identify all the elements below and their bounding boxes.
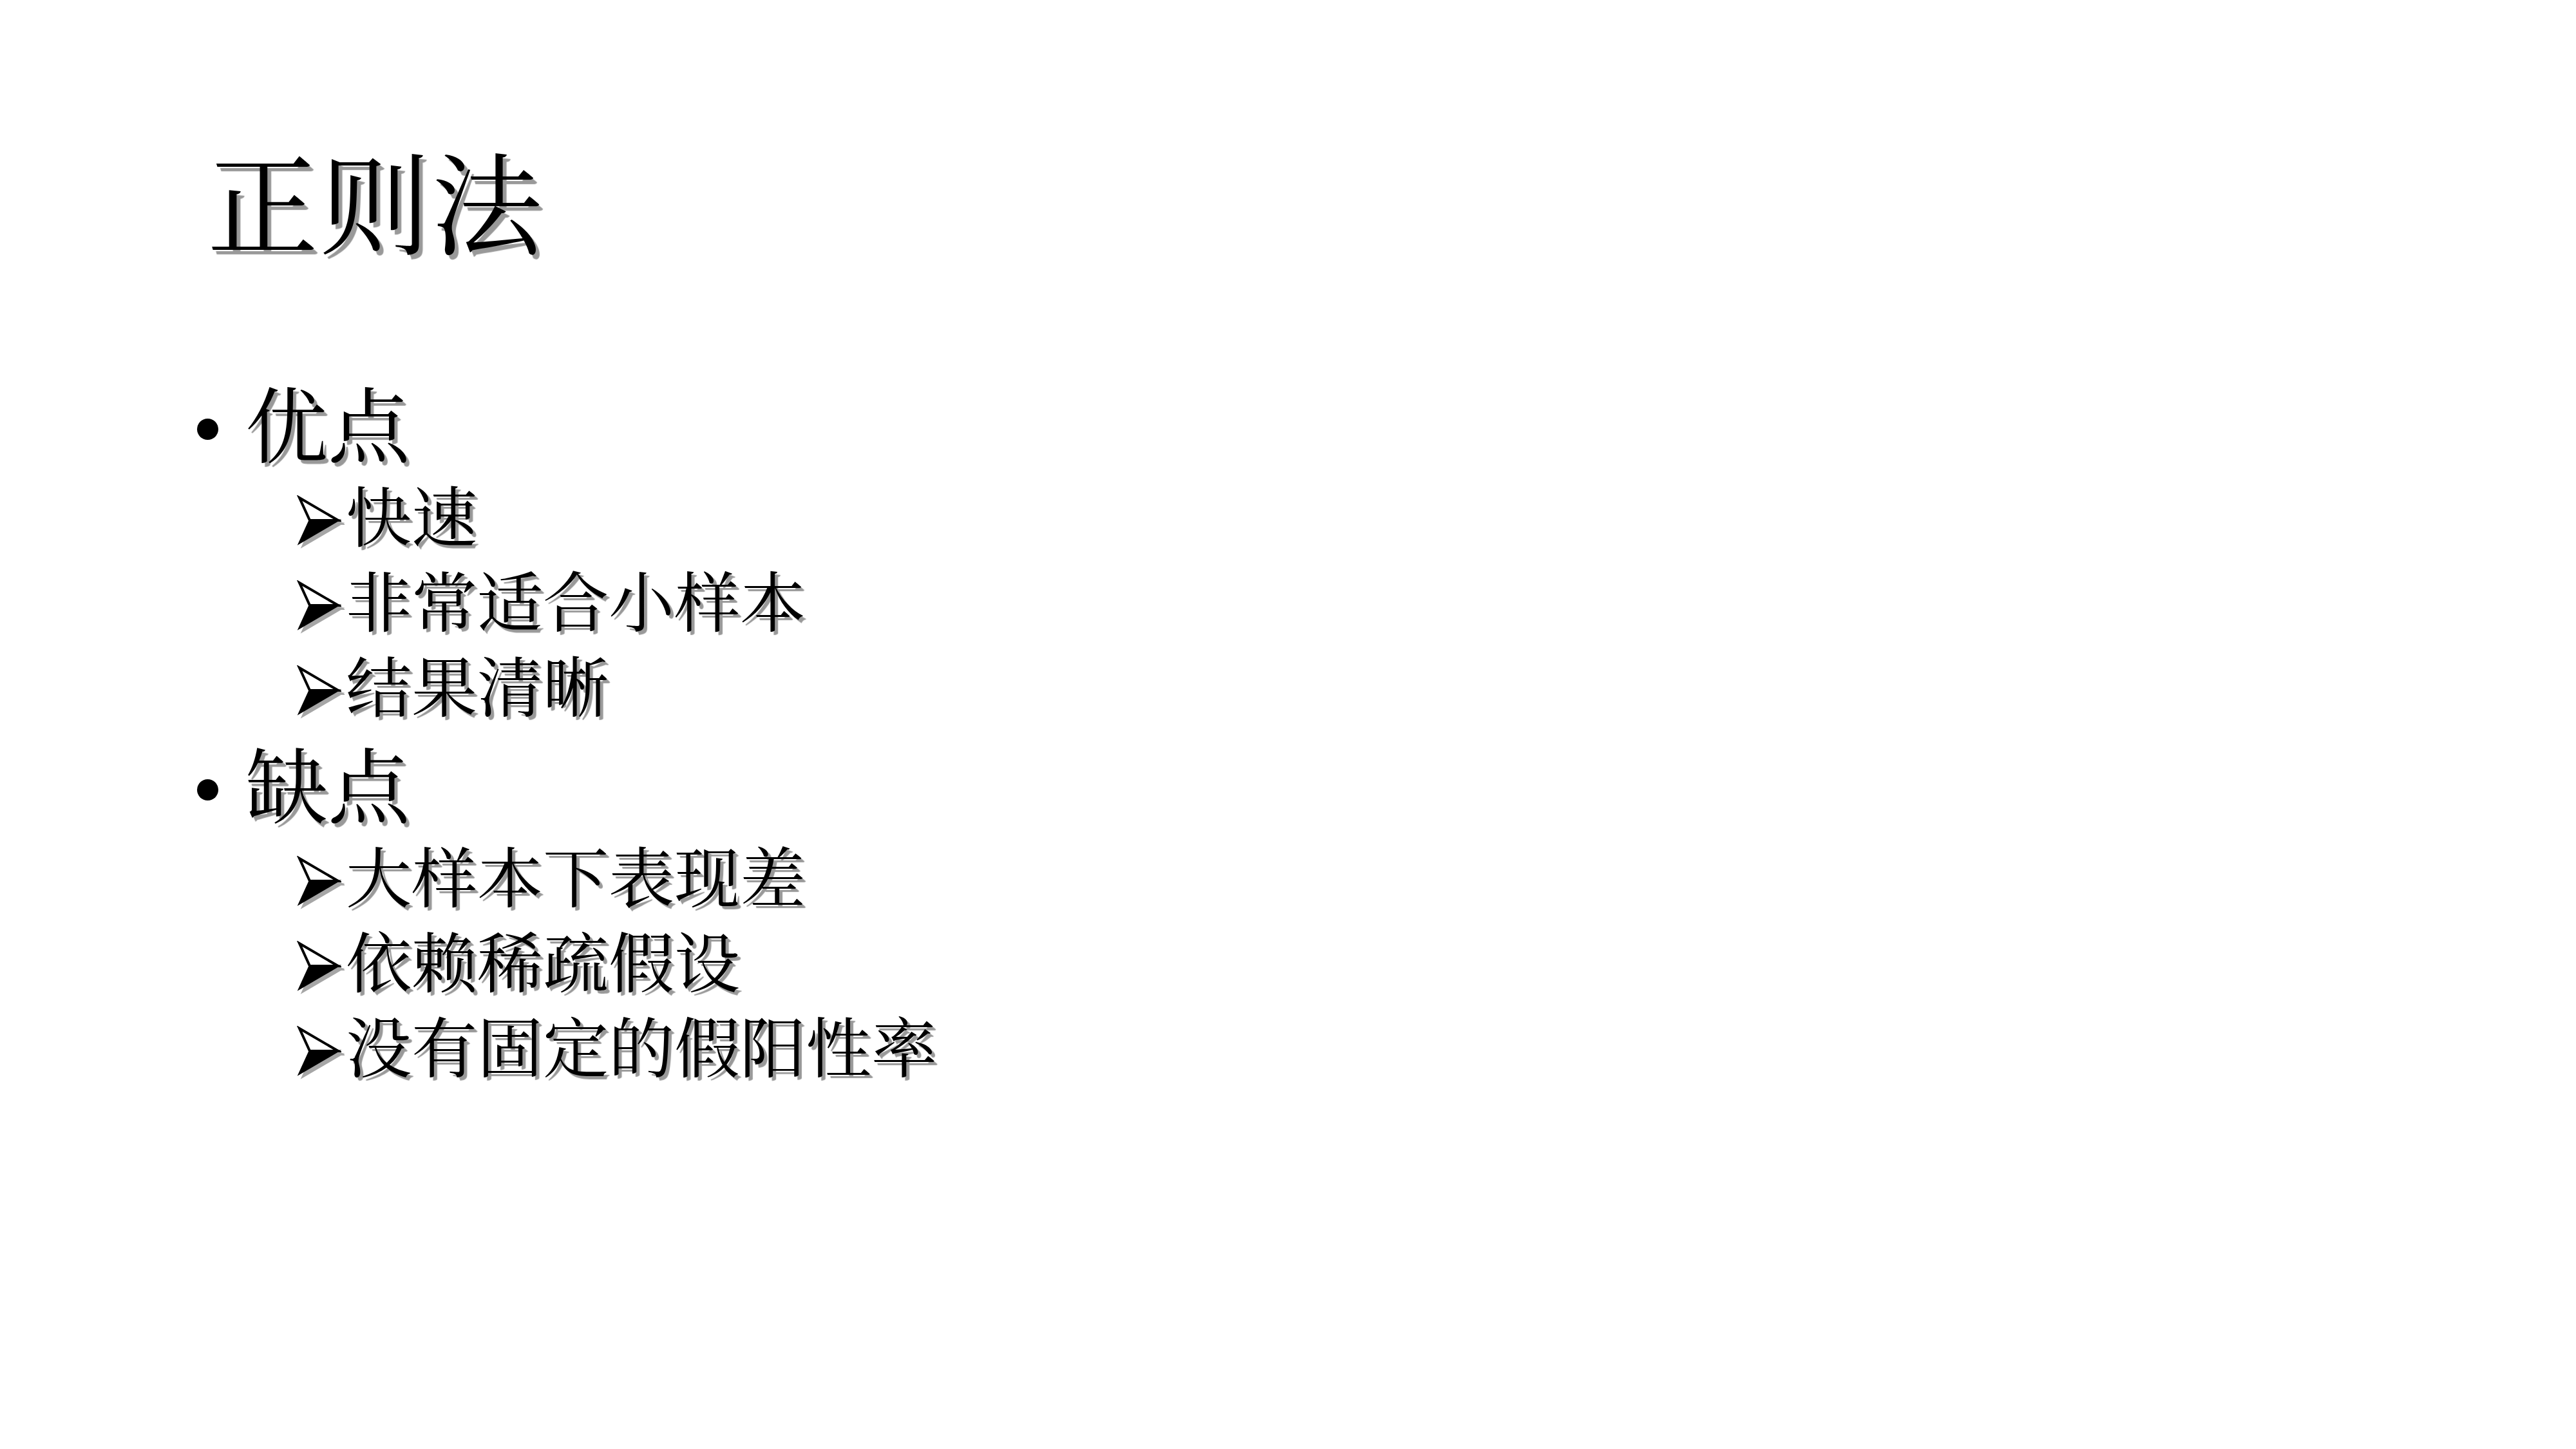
arrowhead-bullet-icon — [296, 580, 341, 630]
bullet-dot-icon — [197, 419, 218, 440]
arrowhead-bullet-icon — [296, 941, 341, 991]
arrowhead-bullet-icon — [296, 665, 341, 715]
arrowhead-bullet-icon — [296, 495, 341, 545]
bullet-label: 缺点 — [245, 741, 410, 838]
slide-canvas: 正则法 优点 快速 非常适合小样本 结果清晰 缺点 — [0, 0, 2576, 1449]
sub-bullet-label: 大样本下表现差 — [346, 838, 806, 923]
sub-bullet-item: 依赖稀疏假设 — [0, 923, 2383, 1009]
slide-body: 优点 快速 非常适合小样本 结果清晰 缺点 大样本下表现差 — [0, 380, 2383, 1094]
sub-bullet-item: 大样本下表现差 — [0, 838, 2383, 923]
sub-bullet-label: 没有固定的假阳性率 — [346, 1009, 937, 1094]
arrowhead-bullet-icon — [296, 1026, 341, 1076]
sub-bullet-label: 依赖稀疏假设 — [346, 923, 740, 1009]
bullet-item: 缺点 — [0, 741, 2383, 838]
arrowhead-bullet-icon — [296, 856, 341, 906]
bullet-item: 优点 — [0, 380, 2383, 478]
sub-bullet-label: 结果清晰 — [346, 648, 609, 733]
bullet-group-advantages: 优点 快速 非常适合小样本 结果清晰 — [0, 380, 2383, 733]
bullet-group-disadvantages: 缺点 大样本下表现差 依赖稀疏假设 没有固定的假阳性率 — [0, 741, 2383, 1094]
sub-bullet-label: 快速 — [346, 478, 477, 563]
sub-bullet-item: 结果清晰 — [0, 648, 2383, 733]
bullet-label: 优点 — [245, 380, 410, 478]
sub-bullet-item: 非常适合小样本 — [0, 563, 2383, 648]
sub-bullet-label: 非常适合小样本 — [346, 563, 806, 648]
slide-title: 正则法 — [207, 143, 544, 276]
bullet-dot-icon — [197, 779, 218, 800]
sub-bullet-item: 快速 — [0, 478, 2383, 563]
sub-bullet-item: 没有固定的假阳性率 — [0, 1009, 2383, 1094]
